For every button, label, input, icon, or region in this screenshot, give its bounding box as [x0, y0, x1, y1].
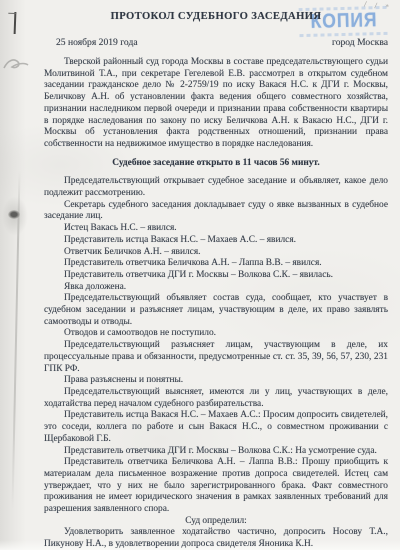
para-judge-opens-session: Председательствующий открывает судебное … — [44, 176, 388, 199]
date-row: 25 ноября 2019 года город Москва — [44, 37, 388, 48]
para-defendant-appeared: Ответчик Беличков А.Н. – явился. — [44, 247, 388, 259]
para-defendant-rep-objection: Представитель ответчика Беличкова А.Н. –… — [44, 457, 388, 516]
para-attendance-reported: Явка доложена. — [44, 282, 388, 294]
para-session-opened-time: Судебное заседание открыто в 11 часов 56… — [44, 158, 388, 170]
para-plaintiff-appeared: Истец Вакась Н.С. – явился. — [44, 223, 388, 235]
document-date: 25 ноября 2019 года — [44, 37, 138, 48]
para-plaintiff-rep-appeared: Представитель истца Вакася Н.С. – Махаев… — [44, 235, 388, 247]
para-motions-inquiry: Председательствующий выясняет, имеются л… — [44, 387, 388, 410]
para-no-recusals: Отводов и самоотводов не поступило. — [44, 328, 388, 340]
para-dgi-rep-appeared: Представитель ответчика ДГИ г. Москвы – … — [44, 270, 388, 282]
protocol-body: Тверской районный суд города Москвы в со… — [44, 57, 388, 550]
para-rights-explained-articles: Председательствующий разъясняет лицам, у… — [44, 340, 388, 375]
para-defendant-rep-appeared: Представитель ответчика Беличкова А.Н. –… — [44, 258, 388, 270]
document-content: ПРОТОКОЛ СУДЕБНОГО ЗАСЕДАНИЯ 25 ноября 2… — [0, 0, 400, 550]
para-rights-understood: Права разъяснены и понятны. — [44, 375, 388, 387]
scanned-court-protocol-page: / / * КОПИЯ ПРОТОКОЛ СУДЕБНОГО ЗАСЕДАНИЯ… — [0, 0, 400, 550]
document-city: город Москва — [332, 37, 388, 48]
para-dgi-rep-opinion: Представитель ответчика ДГИ г. Москвы – … — [44, 446, 388, 458]
para-court-ruling: Удовлетворить заявленное ходатайство час… — [44, 527, 388, 550]
para-court-ruled-heading: Суд определил: — [44, 516, 388, 528]
para-court-composition: Тверской районный суд города Москвы в со… — [44, 57, 388, 151]
para-court-composition-announced: Председательствующий объявляет состав су… — [44, 293, 388, 328]
para-plaintiff-rep-motion: Представитель истца Вакася Н.С. – Махаев… — [44, 410, 388, 445]
document-title: ПРОТОКОЛ СУДЕБНОГО ЗАСЕДАНИЯ — [44, 11, 388, 22]
para-secretary-reports: Секретарь судебного заседания докладывае… — [44, 200, 388, 223]
